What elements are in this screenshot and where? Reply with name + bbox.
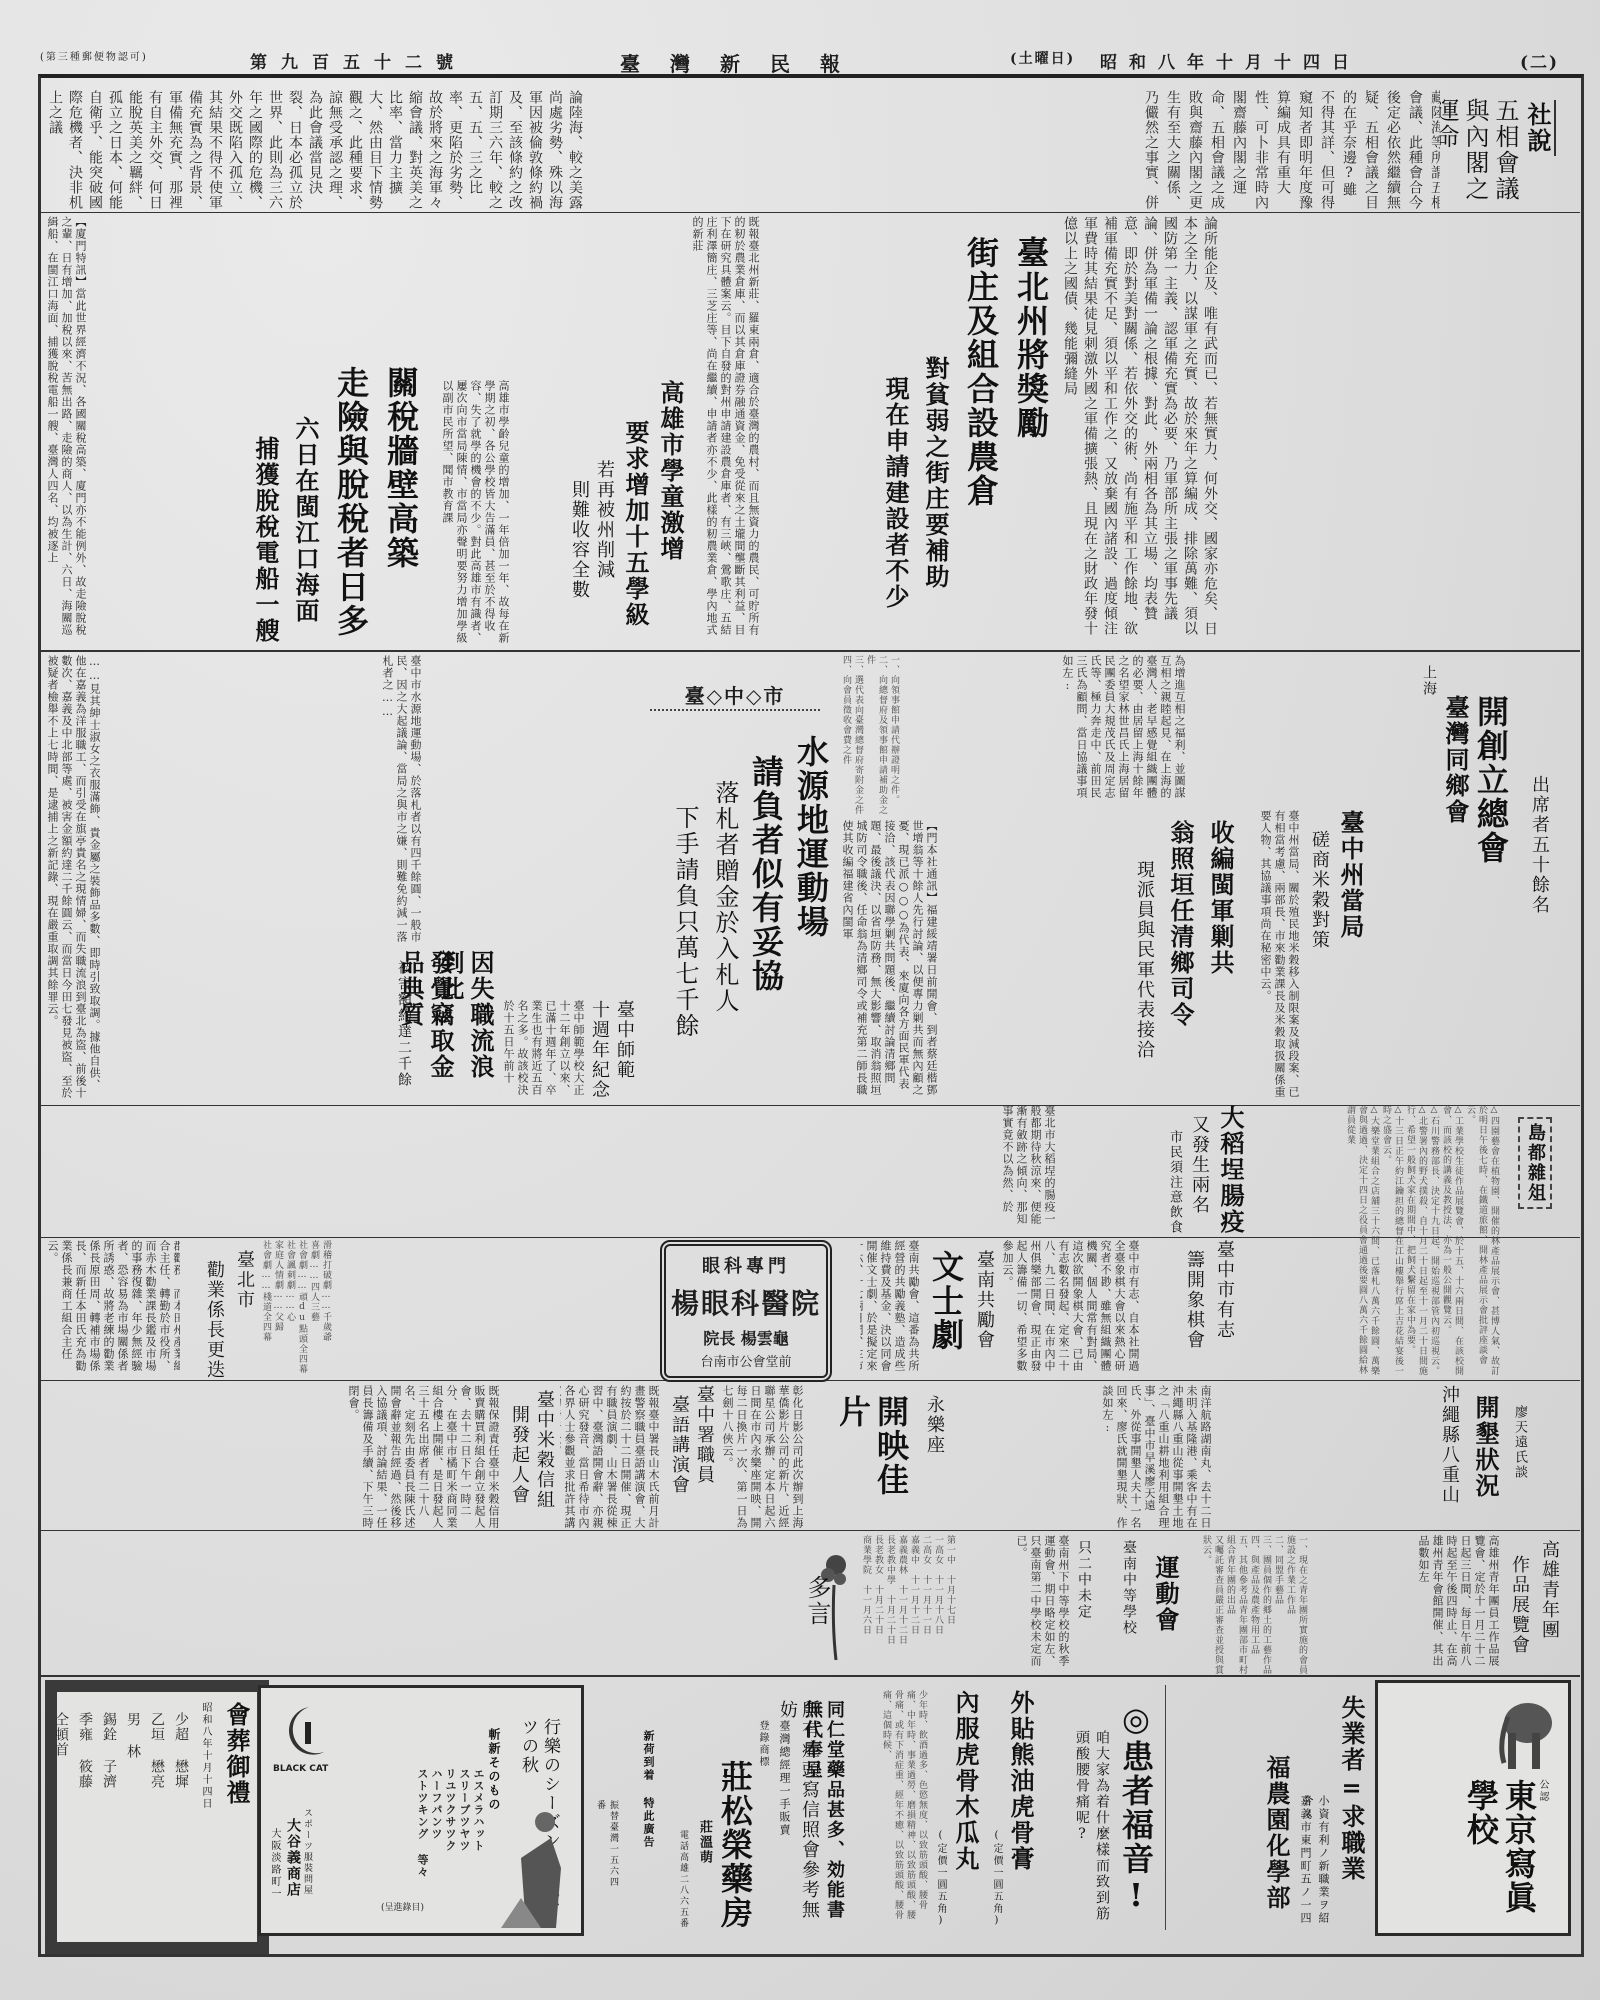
article-okinawa-head: 沖繩縣八重山 開墾狀況 廖天遠氏談: [1400, 1385, 1570, 1530]
article-section-chief-body: 臺北市勸業課高原市場主任、因前市場關係者、為收賄事件被拘、故這番被為其責任上、左…: [45, 1240, 180, 1380]
article-customs-head: 關稅牆壁高築 走險與脫稅者日多 六日在閩江口海面 捕獲脫稅電船一艘: [220, 216, 440, 646]
subhead: 開發起人會: [508, 1405, 530, 1505]
director: 院長 楊雲龜: [666, 1326, 826, 1349]
article-stadium-head: 臺◇中◇市 水源地運動場 請負者似有妥協 落札者贈金於入札人 下手請負只萬七千餘: [640, 655, 840, 1100]
agenda-list: 一、向領事館申請代辦證明之件。 二、向總督府及領事館申請補助金之件 三、選代表向…: [840, 655, 900, 815]
mourner-names: 少超 懋墀 乙垣 懋亮 男 林 錫銓 子濟 季雍 筱藤 仝頓首: [49, 1712, 193, 1932]
article-customs-body: 【廈門特訊】當此世界經濟不況、各國關稅高築、廈門亦不能例外、故走險脫稅之輩、日有…: [45, 216, 220, 646]
closing: 又囑託審查員嚴正審查並授與賞狀云。: [1200, 1535, 1224, 1675]
article-kaohsiung-head: 高雄市學童激增 要求增加十五學級 若再被州削減 則難收容全數: [560, 380, 690, 645]
issue-number: 第九百五十二號: [250, 48, 467, 73]
agenda-item: 四、向會員徵收會費之件: [840, 655, 852, 815]
postal-note: (第三種郵便物認可): [40, 48, 148, 63]
trademark: 登錄商標: [755, 1720, 770, 1768]
article-normal-school: 臺中師範 十週年紀念 臺中師範學校大正十二年創立以來、已滿十週年了、卒業生也有將…: [500, 1000, 640, 1105]
article-chess-head: 臺中市有志 籌開象棋會: [1160, 1240, 1240, 1380]
headline: 臺中州當局: [1335, 810, 1365, 940]
rule: [40, 650, 1580, 652]
article-text: 既報保證責任臺中米穀信用販賣購買利組合創立發起人會、去十二日下午一時二分、在臺中…: [45, 1385, 500, 1530]
program-list: 滑稽打破劇……千歲爺 喜劇……四人三藝 社會劇……頑du點頭全四幕 社會諷刺劇……: [260, 1240, 332, 1380]
subhead: 作品展覽會: [1508, 1555, 1530, 1655]
program-item: 滑稽打破劇……千歲爺: [320, 1240, 332, 1380]
island-news-label-box: 島都雜俎: [1518, 1117, 1552, 1209]
schedule-row: 第一中 十月十七日: [944, 1535, 956, 1675]
headline: 請負者似有妥協: [747, 755, 785, 993]
article-fujian-head: 收編閩軍剿共 翁照垣任清鄉司令 現派員與民軍代表接洽: [1100, 810, 1240, 1100]
headline: 開映佳片: [840, 1395, 910, 1530]
headline: 水源地運動場: [792, 735, 830, 939]
news-item: △北警署內的野犬撲殺、自十月二十日起至十一月二十日間施行、希望一般飼犬家在期間中…: [1404, 1105, 1428, 1380]
rule: [40, 1530, 1580, 1531]
notice-date: 昭和八年十月十四日: [198, 1702, 213, 1810]
sports-schedule: 第一中 十月十七日 一高女 十一月十八日 二高女 十一月十一日 嘉義中 十一月十…: [860, 1535, 960, 1675]
youth-items: 一、現在之青年團所實施的會員施設之作業工作品 二、同盟手藝品 三、團員個作的郷土…: [1200, 1535, 1400, 1675]
column-label: 多言: [802, 1575, 832, 1627]
subhead: 捕獲脫稅電船一艘: [250, 436, 280, 644]
program-item: 喜劇……四人三藝: [308, 1240, 320, 1380]
article-kaohsiung-body: 高雄市學齡兒童的增加、一年倍加一年、故每在新學期之初、各公學校皆大告滿員、甚至於…: [440, 380, 560, 645]
headline: 街庄及組合設農倉: [962, 236, 1000, 508]
shop-name: 大谷義商店: [283, 1818, 303, 1898]
subhead: 只二中未定: [1073, 1540, 1095, 1620]
lead-question: 咱大家為着什麼樣而致到筋頭酸腰骨痛呢?: [1072, 1730, 1112, 1930]
article-stadium-body: 臺中市水源地運動場、於落札者以有四千餘圓、一般市民、因之大起議論、當局之與市之嫌…: [380, 655, 640, 945]
list-item: 三、團員個作的郷土的工藝作品: [1260, 1535, 1272, 1675]
agenda-item: 一、向領事館申請代辦證明之件。: [888, 655, 900, 815]
proverb-column: 多言: [800, 1535, 860, 1675]
article-text: 高雄州青年團員工作品展覽會、定於十一月二十二日起三日間、每日午前八時起至午後四時…: [1400, 1535, 1500, 1675]
article-text: 臺南共勵會、這番為共所經營的共勵義塾、造成些維持費及基金、決以同會開催文士劇、於…: [860, 1240, 920, 1380]
owner: 莊溫萌: [695, 1820, 714, 1865]
program-item: 社會諷刺劇……心: [284, 1240, 296, 1380]
article-text: 彰化日影公司此次辦到上海華僑影片公司的新片、近經聯星公司承辦、定本日起六日間在市…: [720, 1385, 804, 1530]
catalog-note: (呈進錄目): [381, 1900, 424, 1913]
company-name: 福農園化學部: [1261, 1755, 1291, 1911]
editorial-body-left: 論陸海、較之美露尚處劣勢、殊以海軍因被倫敦條約禍及、至該條約之改訂期三六年、較之…: [45, 90, 1135, 210]
article-film-head: 永樂座 開映佳片: [840, 1385, 950, 1530]
article-text: 臺中市水源地運動場、於落札者以有四千餘圓、一般市民、因之大起議論、當局之與市之嫌…: [380, 655, 422, 945]
subhead: 又發生兩名: [1188, 1115, 1210, 1215]
notice-title: 會葬御禮: [221, 1702, 251, 1806]
headline: 沖繩縣八重山: [1438, 1385, 1460, 1505]
drama-program: 滑稽打破劇……千歲爺 喜劇……四人三藝 社會劇……頑du點頭全四幕 社會諷刺劇……: [260, 1240, 470, 1380]
article-drama-head: 臺南共勵會 文士劇 臺南共勵會、這番為共所經營的共勵義塾、造成些維持費及基金、決…: [860, 1240, 1000, 1380]
pharmacy-ad: 同仁堂藥品甚多、効能書無代奉呈 所有症頭寫信照會參考無妨 臺灣總經理一手販賣 登…: [665, 1680, 850, 1930]
subhead: 下手請負只萬七千餘: [670, 805, 700, 1039]
news-item: △大樂堂業組合之店舖三十六間、已落札八萬六千餘圓、萬樂會與過過、決定十四日之役員…: [1344, 1105, 1380, 1380]
schedule-row: 商業學院 十一月六日: [860, 1535, 872, 1675]
pharmacy-lead: ◎患者福音! 咱大家為着什麼樣而致到筋頭酸腰骨痛呢?: [1040, 1680, 1160, 1930]
job-ad: 失業者=求職業 小資有利ノ新職業ヲ紹介ス 嘉義市東門町五ノ一四 福農園化學部: [1165, 1685, 1371, 1930]
headline: 臺中米穀信組: [533, 1390, 555, 1510]
article-text: 【門本社通訊】福建綏靖署日前開會、到者蔡廷楷鄧世增翁等十餘人先行討論、以便專力剿…: [840, 820, 938, 1100]
subhead: 若再被州削減: [593, 460, 615, 580]
schedule-row: 長老教女 十月二十日: [872, 1535, 884, 1675]
hiker-illustration-icon: [501, 1808, 571, 1928]
headline: 臺灣同鄉會: [1440, 695, 1470, 825]
elephant-logo-icon: [1498, 1693, 1558, 1773]
subhead: 磋商米穀對策: [1308, 830, 1330, 950]
article-taipei-granary-body: 既報臺北州新莊、羅東兩倉、適合於臺灣的農村、而且無資力的農民、可貯所有的籾於農業…: [690, 216, 855, 646]
kicker: 臺◇中◇市: [650, 680, 820, 711]
article-shanghai-body: 為增進互相之福利、並圖謀互相之親睦起見、在上海的臺灣人、老早感覺組織團體的必要、…: [1060, 655, 1360, 805]
headline: 關稅牆壁高築: [382, 366, 420, 570]
headline: 臺中市有志: [1213, 1240, 1235, 1340]
pharmacy-products: 外貼熊油虎骨膏 (定價一圓五角) 內服虎骨木瓜丸 (定價一圓五角) 少年時、飲酒…: [850, 1680, 1040, 1930]
island-news: 島都雜俎 △四園藝會在植物園、開催的林產品展示會、甚博人氣、故訂於明日午後七時、…: [1250, 1105, 1560, 1380]
subhead: 對貧弱之街庄要補助: [920, 356, 950, 590]
article-shanghai-head: 上海 臺灣同鄉會 開創立總會 出席者五十餘名: [1370, 655, 1570, 1100]
rule: [40, 1675, 1580, 1677]
editorial-label: 社說: [1520, 90, 1560, 210]
article-theft-head: 因失職流浪到此 發覺竊取金品典質 被害額約達二千餘: [380, 950, 500, 1100]
article-okinawa-body: 南洋航路湖南丸、去十二日未明入基隆港、乘客中有在沖繩縣八重山從事開墾土地之「八重…: [1100, 1385, 1400, 1530]
editorial-text-left: 論陸海、較之美露尚處劣勢、殊以海軍因被倫敦條約禍及、至該條約之改訂期三六年、較之…: [45, 90, 585, 210]
editorial-body-top: 直面豫算編成期之現內閣、過日以來、經見閣議散會後、連續三回、以首相為中心招集外藏…: [1140, 90, 1440, 210]
headline: 臺北州將獎勵: [1012, 236, 1050, 440]
article-theft-body: ……見其紳士淑女之衣服滿飾、貴金屬之裝飾品多數、即時引致取調。據他自供、他在嘉義…: [45, 655, 375, 1100]
headline: 大稻埕腸疫: [1215, 1105, 1245, 1235]
kicker: 永樂座: [923, 1395, 945, 1455]
rule: [40, 212, 1580, 213]
editorial-text-cont: 論所能企及、唯有武而已、若無實力、何外交、國家亦危矣、日本之全力、以謀軍之充實、…: [1060, 216, 1220, 646]
funeral-notice-ad: 會葬御禮 昭和八年十月十四日 少超 懋墀 乙垣 懋亮 男 林 錫銓 子濟 季雍 …: [45, 1680, 269, 1954]
article-taipei-granary-head: 臺北州將獎勵 街庄及組合設農倉 對貧弱之街庄要補助 現在申請建設者不少: [860, 216, 1060, 646]
article-text: 既報臺中署長山木氏前月計畫警察職員臺語講演會、大約按於二十二日開催、現正有職員演…: [560, 1385, 660, 1530]
schedule-row: 嘉義農林 十一月十二日: [896, 1535, 908, 1675]
program-item: 社會劇……棧道全四幕: [260, 1240, 272, 1380]
headline: 臺北市: [233, 1250, 255, 1310]
editorial-text: 直面豫算編成期之現內閣、過日以來、經見閣議散會後、連續三回、以首相為中心招集外藏…: [1140, 90, 1440, 210]
kicker: 臺南中等學校: [1118, 1540, 1140, 1636]
schedule-row: 嘉義中 十一月十二日: [908, 1535, 920, 1675]
brand-name: BLACK CAT: [273, 1764, 328, 1774]
dateline: 【廈門特訊】: [74, 216, 87, 288]
paper-name: 臺灣新民報: [620, 48, 870, 77]
article-text: 臺中州當局、關於殖民地米穀移入制限案及減段案、已有相當考慮、兩部長、市來勸業課長…: [1240, 810, 1300, 1100]
headline: 開墾狀況: [1470, 1395, 1500, 1499]
newspaper-page: (第三種郵便物認可) 第九百五十二號 臺灣新民報 (土曜日) 昭和八年十月十四日…: [0, 0, 1600, 2000]
editorial-body-cont: 論所能企及、唯有武而已、若無實力、何外交、國家亦危矣、日本之全力、以謀軍之充實、…: [1060, 216, 1560, 646]
ad-headline: 失業者=求職業: [1336, 1695, 1366, 1882]
column-label: 島都雜俎: [1520, 1119, 1550, 1207]
subhead: 被害額約達二千餘: [393, 960, 415, 1088]
product-name: 外貼熊油虎骨膏: [1005, 1690, 1035, 1872]
page-number: (二): [1520, 48, 1559, 73]
issue-date: 昭和八年十月十四日: [1100, 48, 1361, 73]
ad-address: 嘉義市東門町五ノ一四: [1297, 1795, 1313, 1925]
schedule-row: 一高女 十一月十八日: [932, 1535, 944, 1675]
product-list: エスメラハット スリーブツヤツ リユツクサツク ハーフパンツ ストツキング 等々: [415, 1768, 485, 1878]
kicker: 上海: [1418, 665, 1440, 697]
news-item: △十三日正午約江鑰担的總督在江山樓舉行席上吉花結宴後一時之盛會云。: [1380, 1105, 1404, 1380]
subhead: 落札者贈金於入札人: [710, 780, 740, 1014]
subhead: 勸業係長更迭: [203, 1260, 225, 1380]
editorial-title: 五相會議與內閣之運命: [1440, 90, 1520, 210]
news-items: △四園藝會在植物園、開催的林產品展示會、甚博人氣、故訂於明日午後七時、在鐵道旅館…: [1250, 1105, 1500, 1380]
article-shanghai-items: 一、向領事館申請代辦證明之件。 二、向總督府及領事館申請補助金之件 三、選代表向…: [840, 655, 1050, 815]
clinic-address: 台南市公會堂前: [666, 1351, 826, 1370]
article-sports-head: 臺南中等學校 運動會: [1100, 1535, 1200, 1675]
headline: 臺中師範: [613, 1000, 635, 1080]
subhead: 現在申請建設者不少: [880, 376, 910, 610]
shop-address: 大阪淡路町一: [267, 1828, 282, 1900]
article-fujian-body: 【門本社通訊】福建綏靖署日前開會、到者蔡廷楷鄧世增翁等十餘人先行討論、以便專力剿…: [840, 820, 1100, 1100]
pharmacy-account: 新荷到着 特此廣告 振替臺灣一五六四番: [580, 1690, 660, 1890]
list-item: 一、現在之青年團所實施的會員施設之作業工作品: [1284, 1535, 1308, 1675]
headline: 臺中署職員: [693, 1385, 715, 1485]
article-rice-credit: 臺中米穀信組 開發起人會 既報保證責任臺中米穀信用販賣購買利組合創立發起人會、去…: [45, 1385, 560, 1530]
program-item: 社會劇……頑du點頭全四幕: [296, 1240, 308, 1380]
article-text: 臺南州下中等學校的秋季運動會、期日略定如左、只臺南第二中學校未定而已。: [960, 1535, 1070, 1675]
distributor: 臺灣總經理一手販賣: [776, 1720, 792, 1837]
weekday: (土曜日): [1010, 48, 1075, 68]
product-price: (定價一圓五角): [933, 1830, 948, 1928]
headline: 走險與脫稅者日多: [332, 366, 370, 638]
news-item: △工業學校生徒作品展覽會、於十五、十六兩日間、在該校開會、而該校的講義及教授法、…: [1440, 1105, 1464, 1380]
moon-cat-logo-icon: [279, 1702, 329, 1762]
article-text: 臺北市大稻埕的腸疫一般都期待秋涼來、便能漸有斂跡之傾向、那知事實竟不以為然、於: [1000, 1105, 1056, 1235]
article-chess-body: 臺中市有志、自本社開過全臺象棋大會以來熱心研究者不尠、雖無組織團體機關、個人間常…: [1000, 1240, 1160, 1380]
subhead: 十週年紀念: [588, 1000, 610, 1100]
clinic-name: 楊眼科醫院: [666, 1282, 826, 1322]
headline: 臺南共勵會: [973, 1250, 995, 1350]
article-taichung-rice: 臺中州當局 磋商米穀對策 臺中州當局、關於殖民地米穀移入制限案及減段案、已有相當…: [1240, 810, 1370, 1100]
account-number: 振替臺灣一五六四番: [594, 1800, 620, 1890]
news-item: △石川警務部長、決定十九日起、開始巡視部管內初巡視云。: [1428, 1105, 1440, 1380]
article-text: 臺中市有志、自本社開過全臺象棋大會以來熱心研究者不尠、雖無組織團體機關、個人間常…: [1000, 1240, 1140, 1380]
phone: 電話高雄二八六五番: [677, 1830, 690, 1929]
black-cat-ad: BLACK CAT 行樂のシーズン スポーツの秋 斬新そのもの エスメラハット …: [258, 1685, 584, 1936]
headline: 翁照垣任清鄉司令: [1165, 820, 1195, 1028]
article-text: 為增進互相之福利、並圖謀互相之親睦起見、在上海的臺灣人、老早感覺組織團體的必要、…: [1060, 655, 1186, 805]
subhead: 出席者五十餘名: [1528, 775, 1550, 915]
subhead: 臺語講演會: [668, 1395, 690, 1495]
product-name: 內服虎骨木瓜丸: [950, 1690, 980, 1872]
ad-top: 眼科專門: [666, 1252, 826, 1278]
article-film-body: 彰化日影公司此次辦到上海華僑影片公司的新片、近經聯星公司承辦、定本日起六日間在市…: [720, 1385, 840, 1530]
editorial-title-text: 五相會議與內閣之運命: [1440, 98, 1520, 208]
subhead: 則難收容全數: [568, 480, 590, 600]
photo-school-ad: 公認 東京寫眞學校: [1375, 1680, 1571, 1936]
subhead: 廖天遠氏談: [1508, 1405, 1530, 1480]
headline: 高雄市學童激增: [655, 380, 685, 562]
article-text: ……見其紳士淑女之衣服滿飾、貴金屬之裝飾品多數、即時引致取調。據他自供、他在嘉義…: [45, 655, 101, 1100]
news-item: △四園藝會在植物園、開催的林產品展示會、甚博人氣、故訂於明日午後七時、在鐵道旅館…: [1464, 1105, 1500, 1380]
headline: 文士劇: [927, 1250, 965, 1352]
article-text: 高雄市學齡兒童的增加、一年倍加一年、故每在新學期之初、各公學校皆大告滿員、甚至於…: [440, 380, 510, 645]
headline: 收編閩軍剿共: [1205, 820, 1235, 976]
program-item: 家庭人情劇……父歸: [272, 1240, 284, 1380]
article-text: 【廈門特訊】當此世界經濟不況、各國關稅高築、廈門亦不能例外、故走險脫稅之輩、日有…: [45, 216, 87, 646]
list-item: 五、其他參考品青年團部市町村組合青年團的出品: [1224, 1535, 1248, 1675]
list-item: 四、與產品及農產物用工品: [1248, 1535, 1260, 1675]
headline: 高雄青年團: [1538, 1540, 1560, 1640]
masthead: (第三種郵便物認可) 第九百五十二號 臺灣新民報 (土曜日) 昭和八年十月十四日…: [40, 44, 1580, 74]
article-text: 南洋航路湖南丸、去十二日未明入基隆港、乘客中有在沖繩縣八重山從事開墾土地之「八重…: [1100, 1385, 1212, 1530]
schedule-row: 二高女 十一月十一日: [920, 1535, 932, 1675]
article-sports-body: 只二中未定 臺南州下中等學校的秋季運動會、期日略定如左、只臺南第二中學校未定而已…: [960, 1535, 1100, 1675]
product-description: 少年時、飲酒過多、色慾無度、以致筋頭酸、腰骨痛、中年時、事業過勞、磨損精神、以致…: [850, 1690, 928, 1920]
school-name: 東京寫眞學校: [1462, 1779, 1538, 1933]
item-list: 一、現在之青年團所實施的會員施設之作業工作品 二、同盟手藝品 三、團員個作的郷土…: [1200, 1535, 1308, 1675]
article-text: 臺北市勸業課高原市場主任、因前市場關係者、為收賄事件被拘、故這番被為其責任上、左…: [45, 1240, 180, 1380]
subhead: 市民須注意飲食: [1163, 1130, 1185, 1235]
subhead: 現派員與民軍代表接洽: [1133, 860, 1155, 1060]
editorial-label-text: 社說: [1520, 100, 1556, 156]
product-price: (定價一圓五角): [989, 1830, 1004, 1928]
article-section-chief-head: 臺北市 勸業係長更迭: [180, 1240, 260, 1380]
schedule-row: 長老教中學 十月二十日: [884, 1535, 896, 1675]
article-text: 臺中師範學校大正十二年創立以來、已滿十週年了、卒業生也有將近五百名之多。故該校決…: [500, 1000, 585, 1105]
subhead: 六日在閩江口海面: [290, 416, 320, 624]
agenda-item: 三、選代表向臺灣總督府寄附金之件: [852, 655, 864, 815]
schedule-list: 第一中 十月十七日 一高女 十一月十八日 二高女 十一月十一日 嘉義中 十一月十…: [860, 1535, 956, 1675]
article-disease-head: 大稻埕腸疫 又發生兩名 市民須注意飲食: [1150, 1105, 1250, 1235]
list-item: 二、同盟手藝品: [1272, 1535, 1284, 1675]
article-text: 既報臺北州新莊、羅東兩倉、適合於臺灣的農村、而且無資力的農民、可貯所有的籾於農業…: [690, 216, 760, 646]
article-police-lecture: 臺中署職員 臺語講演會 既報臺中署長山木氏前月計畫警察職員臺語講演會、大約按於二…: [560, 1385, 720, 1530]
pharmacy-name: 莊松榮藥房: [716, 1760, 754, 1930]
agenda-item: 二、向總督府及領事館申請補助金之件: [864, 655, 888, 815]
eye-clinic-ad: 眼科專門 楊眼科醫院 院長 楊雲龜 台南市公會堂前: [660, 1240, 832, 1382]
headline: 開創立總會: [1472, 695, 1510, 865]
ad-subhead: 斬新そのもの: [486, 1728, 503, 1812]
headline: 運動會: [1150, 1555, 1180, 1633]
article-disease-body: 臺北市大稻埕的腸疫一般都期待秋涼來、便能漸有斂跡之傾向、那知事實竟不以為然、於: [1000, 1105, 1150, 1235]
headline: 要求增加十五學級: [620, 420, 650, 628]
subhead: 籌開象棋會: [1183, 1250, 1205, 1350]
new-arrival: 新荷到着 特此廣告: [640, 1730, 656, 1849]
article-youth-head: 高雄青年團 作品展覽會 高雄州青年團員工作品展覽會、定於十一月二十二日起三日間、…: [1400, 1535, 1570, 1675]
lead-headline: ◎患者福音!: [1117, 1700, 1155, 1916]
